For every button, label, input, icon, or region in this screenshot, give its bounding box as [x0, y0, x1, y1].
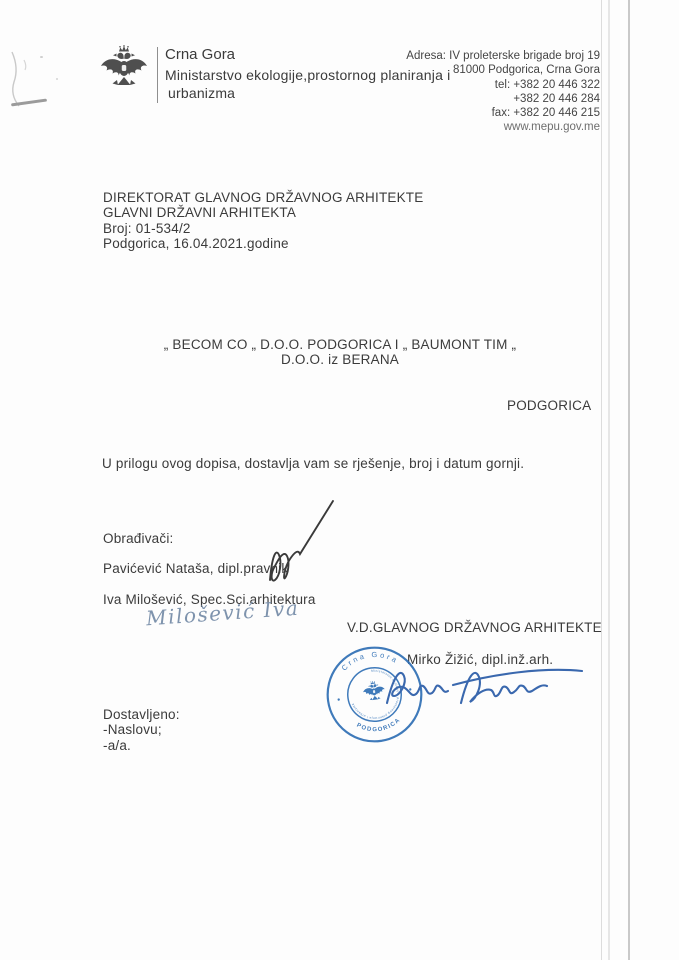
fax-line: fax: +382 20 446 215 [330, 106, 600, 120]
phone-line: tel: +382 20 446 322 [330, 78, 600, 92]
recipient-block: „ BECOM CO „ D.O.O. PODGORICA I „ BAUMON… [105, 337, 575, 368]
letter-reference-block: DIREKTORAT GLAVNOG DRŽAVNOG ARHITEKTE GL… [103, 190, 423, 251]
scan-speck [56, 78, 58, 80]
directorate-title: DIREKTORAT GLAVNOG DRŽAVNOG ARHITEKTE [103, 190, 423, 205]
recipient-city: PODGORICA [507, 398, 591, 413]
processor-name-1: Pavićević Nataša, dipl.pravnik [103, 561, 288, 576]
office-title: GLAVNI DRŽAVNI ARHITEKTA [103, 205, 423, 220]
reference-number: Broj: 01-534/2 [103, 221, 423, 236]
scan-edge-line [601, 0, 602, 960]
letterhead-divider [157, 47, 158, 103]
delivered-item-1: -Naslovu; [103, 722, 180, 737]
scan-edge-line [608, 0, 610, 960]
pen-signature-blue [383, 658, 588, 714]
phone-line: +382 20 446 284 [330, 92, 600, 106]
delivered-item-2: -a/a. [103, 738, 180, 753]
coat-of-arms-icon [99, 44, 149, 102]
scan-smudge [4, 48, 64, 120]
address-line: 81000 Podgorica, Crna Gora [330, 63, 600, 77]
signer-title: V.D.GLAVNOG DRŽAVNOG ARHITEKTE [347, 620, 602, 635]
place-and-date: Podgorica, 16.04.2021.godine [103, 236, 423, 251]
letterhead-address-block: Adresa: IV proleterske brigade broj 19 8… [330, 49, 600, 135]
recipient-line2: D.O.O. iz BERANA [105, 352, 575, 367]
delivered-label: Dostavljeno: [103, 707, 180, 722]
document-page: Crna Gora Ministarstvo ekologije,prostor… [0, 0, 679, 960]
website-link: www.mepu.gov.me [330, 120, 600, 134]
delivered-block: Dostavljeno: -Naslovu; -a/a. [103, 707, 180, 753]
pen-signature-dark [262, 498, 337, 590]
scan-speck [40, 56, 43, 58]
scan-edge-line [628, 0, 630, 960]
address-line: Adresa: IV proleterske brigade broj 19 [330, 49, 600, 63]
ministry-name-line2: urbanizma [168, 86, 235, 101]
letter-body-text: U prilogu ovog dopisa, dostavlja vam se … [102, 456, 524, 471]
country-name: Crna Gora [165, 46, 235, 63]
recipient-line1: „ BECOM CO „ D.O.O. PODGORICA I „ BAUMON… [105, 337, 575, 352]
processors-label: Obrađivači: [103, 531, 173, 546]
